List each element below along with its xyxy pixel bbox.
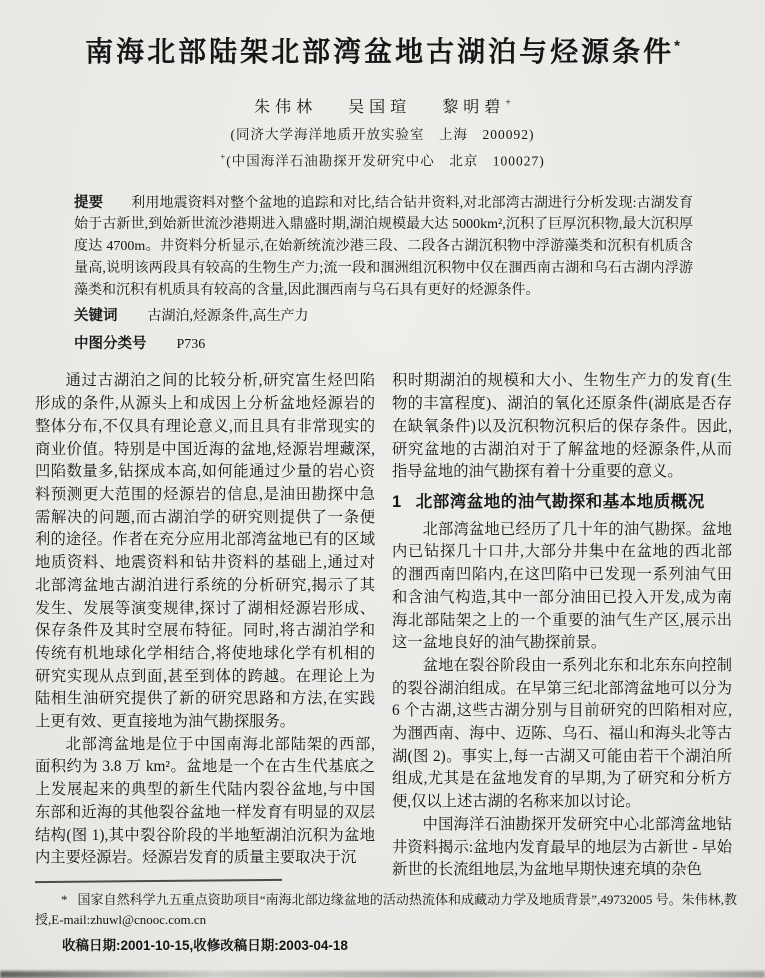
abstract-label: 提要 [74, 195, 103, 211]
affiliation-line: (同济大学海洋地质开放实验室 上海 200092) [0, 123, 765, 146]
paper-title: 南海北部陆架北部湾盆地古湖泊与烃源条件* [0, 0, 765, 70]
footnote-divider [35, 879, 282, 883]
body-paragraph: 盆地在裂谷阶段由一系列北东和北东东向控制的裂谷湖泊组成。在早第三纪北部湾盆地可以… [392, 655, 732, 814]
body-paragraph: 中国海洋石油勘探开发研究中心北部湾盆地钻井资料揭示:盆地内发育最早的地层为古新世… [392, 814, 732, 882]
body-paragraph-continuation: 积时期湖泊的规模和大小、生物生产力的发育(生物的丰富程度)、湖泊的氧化还原条件(… [392, 370, 732, 484]
clc-code: P736 [177, 337, 206, 352]
left-column: 通过古湖泊之间的比较分析,研究富生烃凹陷形成的条件,从源头上和成因上分析盆地烃源… [35, 370, 375, 881]
footnote-body: 国家自然科学九五重点资助项目“南海北部边缘盆地的活动热流体和成藏动力学及地质背景… [35, 892, 737, 927]
clc-label: 中图分类号 [74, 336, 147, 352]
abstract-section: 提要利用地震资料对整个盆地的追踪和对比,结合钻井资料,对北部湾古湖进行分析发现:… [74, 193, 693, 302]
body-paragraph: 北部湾盆地已经历了几十年的油气勘探。盆地内已钻探几十口井,大部分井集中在盆地的西… [392, 519, 732, 655]
footnote-mark: * [61, 892, 68, 907]
title-footnote-mark: * [674, 38, 680, 55]
author-name-text: 黎明碧 [442, 99, 505, 116]
body-columns: 通过古湖泊之间的比较分析,研究富生烃凹陷形成的条件,从源头上和成因上分析盆地烃源… [35, 370, 733, 881]
body-paragraph: 北部湾盆地是位于中国南海北部陆架的西部,面积约为 3.8 万 km²。盆地是一个… [35, 734, 375, 870]
keywords-text: 古湖泊,烃源条件,高生产力 [148, 309, 309, 324]
paper-page: 南海北部陆架北部湾盆地古湖泊与烃源条件* 朱伟林 吴国瑄 黎明碧+ (同济大学海… [0, 0, 765, 978]
right-column: 积时期湖泊的规模和大小、生物生产力的发育(生物的丰富程度)、湖泊的氧化还原条件(… [392, 370, 732, 881]
keywords-label: 关键词 [74, 308, 118, 324]
author-affiliation-mark: + [505, 98, 511, 109]
author-name: 黎明碧+ [442, 99, 511, 116]
section-heading: 1北部湾盆地的油气勘探和基本地质概况 [392, 491, 732, 514]
section-title: 北部湾盆地的油气勘探和基本地质概况 [416, 493, 705, 511]
scan-edge-shadow [0, 971, 765, 978]
affiliation-text: (同济大学海洋地质开放实验室 上海 200092) [231, 127, 535, 142]
author-name: 朱伟林 [254, 99, 317, 116]
abstract-text: 利用地震资料对整个盆地的追踪和对比,结合钻井资料,对北部湾古湖进行分析发现:古湖… [74, 196, 693, 298]
affiliation-line: +(中国海洋石油勘探开发研究中心 北京 100027) [0, 146, 765, 173]
authors-line: 朱伟林 吴国瑄 黎明碧+ [0, 94, 765, 117]
affiliation-text: (中国海洋石油勘探开发研究中心 北京 100027) [226, 154, 545, 169]
clc-line: 中图分类号P736 [74, 332, 693, 357]
received-dates: 收稿日期:2001-10-15,收修改稿日期:2003-04-18 [35, 934, 737, 954]
body-paragraph: 通过古湖泊之间的比较分析,研究富生烃凹陷形成的条件,从源头上和成因上分析盆地烃源… [35, 370, 375, 733]
keywords-line: 关键词古湖泊,烃源条件,高生产力 [74, 304, 693, 329]
footnote-text: *国家自然科学九五重点资助项目“南海北部边缘盆地的活动热流体和成藏动力学及地质背… [35, 890, 737, 930]
paper-title-text: 南海北部陆架北部湾盆地古湖泊与烃源条件 [85, 36, 674, 67]
author-name: 吴国瑄 [348, 99, 411, 116]
section-number: 1 [392, 493, 402, 511]
footnote-block: *国家自然科学九五重点资助项目“南海北部边缘盆地的活动热流体和成藏动力学及地质背… [35, 880, 737, 954]
